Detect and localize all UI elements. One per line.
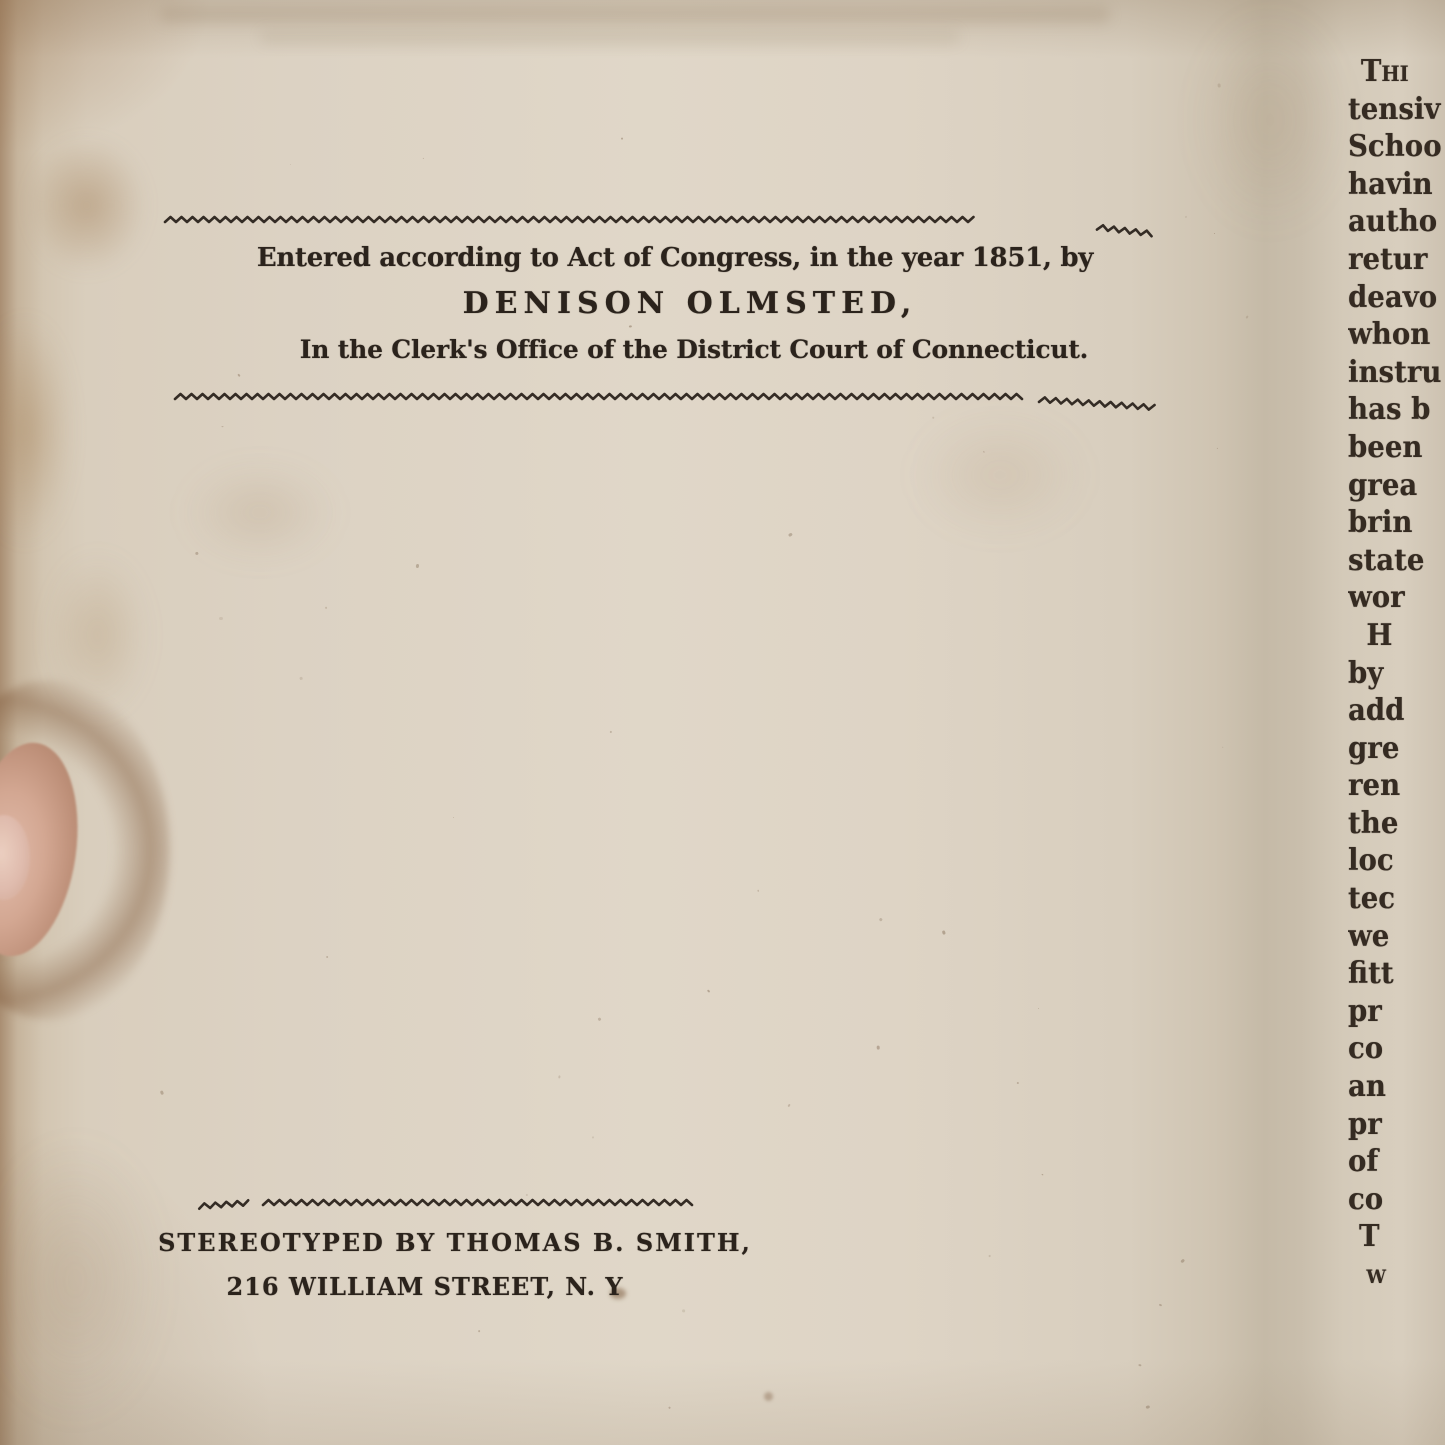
facing-page-line: by <box>1348 655 1445 693</box>
paper-speck <box>1222 747 1223 749</box>
wavy-rule-bottom <box>174 392 1022 402</box>
facing-page-line: Thi <box>1348 53 1445 91</box>
facing-page-line: deavo <box>1348 279 1445 317</box>
copyright-entry-line: Entered according to Act of Congress, in… <box>250 243 1100 273</box>
paper-speck <box>237 373 240 376</box>
facing-page-line: has b <box>1348 391 1445 429</box>
foxing-stain <box>185 465 335 560</box>
paper-speck <box>1159 1303 1162 1306</box>
paper-speck <box>789 532 794 537</box>
facing-page-line: ren <box>1348 767 1445 805</box>
wavy-rule-top-fragment <box>1096 223 1155 240</box>
paper-speck <box>1214 233 1215 235</box>
paper-speck <box>219 617 223 620</box>
paper-speck <box>290 164 291 165</box>
paper-speck <box>591 1136 594 1139</box>
showthrough-ghost-text <box>160 6 1110 23</box>
facing-page-line: add <box>1348 692 1445 730</box>
paper-speck <box>877 1046 880 1050</box>
facing-page-line: been <box>1348 429 1445 467</box>
facing-page-line: instru <box>1348 354 1445 392</box>
paper-speck <box>988 1255 990 1257</box>
paper-speck <box>682 1310 686 1313</box>
paper-speck <box>932 417 934 420</box>
paper-speck <box>525 1193 528 1196</box>
wavy-rule-top <box>164 215 976 225</box>
paper-speck <box>942 930 946 934</box>
wavy-rule-bottom-fragment <box>1038 395 1156 413</box>
paper-speck <box>668 1406 670 1408</box>
foxing-stain <box>28 138 146 273</box>
paper-speck <box>1017 1082 1019 1084</box>
foxing-stain <box>0 318 70 543</box>
paper-speck <box>1042 1174 1044 1176</box>
paper-speck <box>610 730 613 733</box>
fingernail <box>0 815 30 900</box>
district-court-line: In the Clerk's Office of the District Co… <box>269 335 1119 364</box>
facing-page-line: Schoo <box>1348 128 1445 166</box>
paper-speck <box>621 138 623 140</box>
facing-page-line: the <box>1348 805 1445 843</box>
paper-speck <box>787 1104 791 1108</box>
gutter-shading <box>1195 10 1345 230</box>
paper-speck <box>1217 448 1218 449</box>
printer-rule-fragment <box>198 1198 251 1212</box>
facing-page-line: autho <box>1348 203 1445 241</box>
paper-speck <box>707 989 711 993</box>
foxing-stain <box>915 415 1085 535</box>
facing-page-line: pr <box>1348 1106 1445 1144</box>
printer-address-line: 216 WILLIAM STREET, N. Y <box>0 1272 850 1301</box>
facing-page-line: tensiv <box>1348 91 1445 129</box>
book-photo: Entered according to Act of Congress, in… <box>0 0 1445 1445</box>
paper-speck <box>1038 1008 1039 1009</box>
paper-speck <box>194 552 198 556</box>
paper-speck <box>757 890 759 892</box>
paper-speck <box>452 817 454 819</box>
copyright-holder-name: DENISON OLMSTED, <box>265 286 1115 321</box>
showthrough-ghost-text <box>260 30 960 44</box>
paper-speck <box>629 325 632 328</box>
paper-speck <box>300 676 303 679</box>
paper-speck <box>1185 216 1187 218</box>
paper-speck <box>325 606 327 609</box>
paper-speck <box>983 450 985 452</box>
paper-speck <box>415 564 419 568</box>
foxing-stain <box>50 555 145 715</box>
facing-page-line: havin <box>1348 166 1445 204</box>
paper-speck <box>159 1091 164 1096</box>
paper-speck <box>1246 315 1249 318</box>
ink-spot <box>764 1392 773 1401</box>
facing-page-line: w <box>1348 1256 1445 1294</box>
facing-page-line: loc <box>1348 842 1445 880</box>
facing-page-text-strip: ThitensivSchoohavinauthoreturdeavowhonin… <box>1348 53 1445 1383</box>
paper-speck <box>558 1076 560 1079</box>
paper-speck <box>879 917 884 922</box>
paper-speck <box>423 158 424 159</box>
facing-page-line: T <box>1348 1218 1445 1256</box>
facing-page-line: whon <box>1348 316 1445 354</box>
paper-speck <box>1180 1258 1185 1263</box>
facing-page-line: brin <box>1348 504 1445 542</box>
facing-page-line: H <box>1348 617 1445 655</box>
paper-speck <box>478 1329 481 1332</box>
paper-speck <box>222 426 224 428</box>
paper-speck <box>1145 1405 1150 1409</box>
facing-page-line: we <box>1348 918 1445 956</box>
facing-page-line: fitt <box>1348 955 1445 993</box>
finger <box>0 736 90 964</box>
page-edge-shadow <box>0 680 170 1020</box>
facing-page-line: co <box>1348 1181 1445 1219</box>
facing-page-line: of <box>1348 1143 1445 1181</box>
printer-rule <box>262 1198 694 1208</box>
facing-page-line: tec <box>1348 880 1445 918</box>
facing-page-line: gre <box>1348 730 1445 768</box>
stereotyper-line: STEREOTYPED BY THOMAS B. SMITH, <box>30 1228 880 1257</box>
facing-page-line: wor <box>1348 579 1445 617</box>
facing-page-line: retur <box>1348 241 1445 279</box>
paper-speck <box>1218 83 1221 87</box>
paper-speck <box>1138 1364 1141 1367</box>
paper-speck <box>598 1017 602 1021</box>
facing-page-line: co <box>1348 1030 1445 1068</box>
facing-page-line: state <box>1348 542 1445 580</box>
facing-page-line: grea <box>1348 467 1445 505</box>
paper-speck <box>326 956 328 958</box>
facing-page-line: pr <box>1348 993 1445 1031</box>
facing-page-line: an <box>1348 1068 1445 1106</box>
